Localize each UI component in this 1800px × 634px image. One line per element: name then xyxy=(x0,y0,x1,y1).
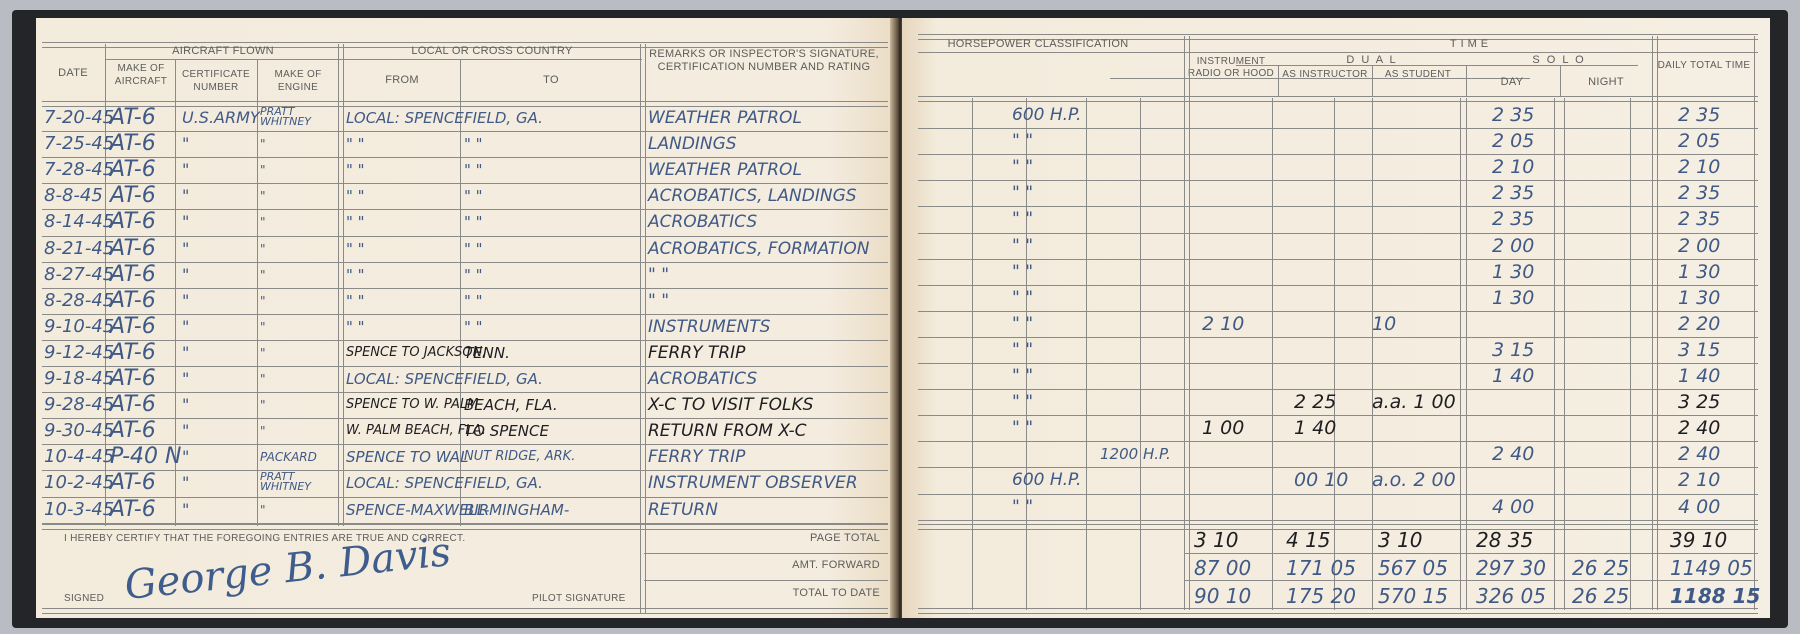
cell-from: LOCAL: SPENCE xyxy=(346,369,464,389)
header-bottom-rule xyxy=(918,96,1758,102)
page-total-label: PAGE TOTAL xyxy=(736,532,880,545)
cell-total: 2 10 xyxy=(1678,470,1720,490)
cell-total: 2 00 xyxy=(1678,236,1720,256)
cell-aircraft: AT-6 xyxy=(110,500,156,520)
header-sub-rule xyxy=(918,52,1758,53)
as-instructor-header: AS INSTRUCTOR xyxy=(1280,69,1370,81)
total-to-date-night: 26 25 xyxy=(1572,586,1629,606)
cell-day: 1 30 xyxy=(1492,262,1534,282)
cell-to: BIRMINGHAM- xyxy=(464,500,569,520)
footer-rule xyxy=(1184,553,1758,554)
col-rule xyxy=(1466,66,1467,96)
cell-day: 2 00 xyxy=(1492,236,1534,256)
cell-date: 8-28-45 xyxy=(44,291,114,311)
amt-forward-instr: 87 00 xyxy=(1194,558,1251,578)
cell-aircraft: P-40 N xyxy=(110,447,181,467)
amt-forward-dual-instr: 171 05 xyxy=(1286,558,1356,578)
cell-day: 2 35 xyxy=(1492,209,1534,229)
cell-dual-student: a.o. 2 00 xyxy=(1372,470,1456,490)
col-rule xyxy=(1140,98,1141,610)
row-rule xyxy=(42,131,888,132)
cell-from: " " xyxy=(346,186,365,206)
cell-total: 2 35 xyxy=(1678,105,1720,125)
cell-to: " " xyxy=(464,265,483,285)
row-rule xyxy=(918,285,1758,286)
col-rule xyxy=(1630,98,1631,610)
solo-header: S O L O xyxy=(1466,54,1652,67)
total-to-date-instr: 90 10 xyxy=(1194,586,1251,606)
cell-remarks: RETURN xyxy=(648,500,718,520)
cell-engine: " xyxy=(260,160,266,180)
cell-day: 1 30 xyxy=(1492,288,1534,308)
cell-to: BEACH, FLA. xyxy=(464,395,558,415)
to-header: TO xyxy=(462,74,640,87)
cell-remarks: " " xyxy=(648,291,669,311)
cell-date: 10-4-45 xyxy=(44,447,114,467)
cell-cert: " xyxy=(182,473,189,493)
cell-date: 7-20-45 xyxy=(44,108,114,128)
cell-total: 1 30 xyxy=(1678,262,1720,282)
row-rule xyxy=(42,183,888,184)
cell-remarks: INSTRUMENTS xyxy=(648,317,770,337)
from-header: FROM xyxy=(344,74,460,87)
cell-total: 1 30 xyxy=(1678,288,1720,308)
cell-total: 3 25 xyxy=(1678,392,1720,412)
cell-hp: " " xyxy=(1012,157,1033,177)
cell-total: 1 40 xyxy=(1678,366,1720,386)
cell-date: 9-10-45 xyxy=(44,317,114,337)
cell-date: 10-3-45 xyxy=(44,500,114,520)
row-rule xyxy=(42,314,888,315)
page-total-instr: 3 10 xyxy=(1194,530,1239,550)
cell-dual-instr: 2 25 xyxy=(1294,392,1336,412)
row-rule xyxy=(918,467,1758,468)
cell-cert: U.S.ARMY xyxy=(182,108,260,128)
cell-date: 8-21-45 xyxy=(44,239,114,259)
row-rule xyxy=(918,259,1758,260)
cell-cert: " xyxy=(182,447,189,467)
cell-to: " " xyxy=(464,212,483,232)
cell-engine: " xyxy=(260,239,266,259)
total-to-date-day: 326 05 xyxy=(1476,586,1546,606)
cell-remarks: INSTRUMENT OBSERVER xyxy=(648,473,858,493)
cell-remarks: WEATHER PATROL xyxy=(648,160,802,180)
cell-hp: " " xyxy=(1012,288,1033,308)
total-to-date-label: TOTAL TO DATE xyxy=(736,587,880,600)
cell-engine: " xyxy=(260,134,266,154)
cell-hp: " " xyxy=(1012,392,1033,412)
row-rule xyxy=(42,262,888,263)
col-rule xyxy=(1278,66,1279,96)
cell-to: FIELD, GA. xyxy=(464,108,543,128)
col-rule xyxy=(257,60,258,526)
footer-bottom-rule xyxy=(42,608,888,614)
cell-remarks: ACROBATICS, LANDINGS xyxy=(648,186,857,206)
cell-day: 2 10 xyxy=(1492,157,1534,177)
cell-to: TENN. xyxy=(464,343,510,363)
cell-date: 7-25-45 xyxy=(44,134,114,154)
make-of-aircraft-header: MAKE OF AIRCRAFT xyxy=(108,62,174,88)
night-header: NIGHT xyxy=(1560,76,1652,89)
cell-from: LOCAL: SPENCE xyxy=(346,473,464,493)
row-rule xyxy=(42,418,888,419)
row-rule xyxy=(918,494,1758,495)
cell-cert: " xyxy=(182,421,189,441)
cell-day: 4 00 xyxy=(1492,497,1534,517)
cell-date: 8-14-45 xyxy=(44,212,114,232)
cell-total: 2 35 xyxy=(1678,209,1720,229)
page-total-total: 39 10 xyxy=(1670,530,1727,550)
row-rule xyxy=(42,209,888,210)
cell-cert: " xyxy=(182,212,189,232)
cell-dual-student: a.a. 1 00 xyxy=(1372,392,1456,412)
cell-from: " " xyxy=(346,160,365,180)
cell-remarks: FERRY TRIP xyxy=(648,343,745,363)
col-rule xyxy=(1372,66,1373,96)
cell-to: " " xyxy=(464,317,483,337)
total-to-date-total: 1188 15 xyxy=(1670,586,1760,606)
row-rule xyxy=(918,389,1758,390)
cell-cert: " xyxy=(182,160,189,180)
cell-total: 2 40 xyxy=(1678,444,1720,464)
cell-from: LOCAL: SPENCE xyxy=(346,108,464,128)
cell-to: " " xyxy=(464,160,483,180)
col-rule xyxy=(1460,98,1461,610)
cell-from: " " xyxy=(346,134,365,154)
daily-total-header: DAILY TOTAL TIME xyxy=(1654,60,1754,72)
col-rule xyxy=(1272,98,1273,610)
row-rule xyxy=(42,392,888,393)
footer-top-rule xyxy=(42,524,888,530)
cell-engine: PRATT WHITNEY xyxy=(260,472,336,492)
cell-remarks: RETURN FROM X-C xyxy=(648,421,806,441)
cell-to: " " xyxy=(464,134,483,154)
cell-total: 4 00 xyxy=(1678,497,1720,517)
cell-total: 2 10 xyxy=(1678,157,1720,177)
cell-remarks: LANDINGS xyxy=(648,134,737,154)
cell-cert: " xyxy=(182,317,189,337)
col-rule xyxy=(1560,66,1561,96)
cell-cert: " xyxy=(182,239,189,259)
col-rule xyxy=(1554,98,1555,610)
row-rule xyxy=(42,340,888,341)
row-rule xyxy=(918,154,1758,155)
cell-hp: " " xyxy=(1012,131,1033,151)
cell-engine: PACKARD xyxy=(260,447,317,467)
cell-day: 3 15 xyxy=(1492,340,1534,360)
pilot-signature-label: PILOT SIGNATURE xyxy=(532,592,626,605)
horsepower-header: HORSEPOWER CLASSIFICATION xyxy=(918,38,1158,51)
cell-engine: " xyxy=(260,421,266,441)
cell-day: 2 05 xyxy=(1492,131,1534,151)
cell-to: NUT RIDGE, ARK. xyxy=(464,447,575,467)
day-header: DAY xyxy=(1466,76,1558,89)
cell-date: 8-27-45 xyxy=(44,265,114,285)
certificate-number-header: CERTIFICATE NUMBER xyxy=(176,68,256,94)
cell-aircraft: AT-6 xyxy=(110,343,156,363)
cell-date: 7-28-45 xyxy=(44,160,114,180)
cell-from: " " xyxy=(346,317,365,337)
cell-remarks: ACROBATICS, FORMATION xyxy=(648,239,869,259)
remarks-header: REMARKS OR INSPECTOR'S SIGNATURE, CERTIF… xyxy=(648,48,880,74)
cell-day: 2 35 xyxy=(1492,183,1534,203)
cell-from: " " xyxy=(346,291,365,311)
cell-instr: 1 00 xyxy=(1202,418,1244,438)
cell-aircraft: AT-6 xyxy=(110,291,156,311)
cell-total: 2 35 xyxy=(1678,183,1720,203)
col-rule xyxy=(1564,98,1565,610)
left-page: AIRCRAFT FLOWN LOCAL OR CROSS COUNTRY DA… xyxy=(36,18,896,618)
cell-engine: " xyxy=(260,317,266,337)
cell-aircraft: AT-6 xyxy=(110,395,156,415)
cell-total: 2 05 xyxy=(1678,131,1720,151)
amt-forward-night: 26 25 xyxy=(1572,558,1629,578)
cell-to: FIELD, GA. xyxy=(464,473,543,493)
cell-to: " " xyxy=(464,239,483,259)
date-header: DATE xyxy=(42,67,104,80)
footer-rule xyxy=(1184,580,1758,581)
cell-aircraft: AT-6 xyxy=(110,317,156,337)
as-student-header: AS STUDENT xyxy=(1372,69,1464,81)
cell-remarks: FERRY TRIP xyxy=(648,447,745,467)
cell-instr: 2 10 xyxy=(1202,314,1244,334)
col-rule xyxy=(338,44,344,526)
row-rule xyxy=(42,366,888,367)
cell-total: 3 15 xyxy=(1678,340,1720,360)
cell-engine: " xyxy=(260,343,266,363)
cell-from: " " xyxy=(346,239,365,259)
right-page: HORSEPOWER CLASSIFICATION TIME INSTRUMEN… xyxy=(902,18,1770,618)
row-rule xyxy=(918,206,1758,207)
cell-cert: " xyxy=(182,500,189,520)
time-header: TIME xyxy=(1184,38,1758,51)
cell-hp: " " xyxy=(1012,418,1033,438)
cell-from: " " xyxy=(346,265,365,285)
row-rule xyxy=(918,415,1758,416)
col-rule xyxy=(1466,98,1467,610)
cell-cert: " xyxy=(182,395,189,415)
cell-aircraft: AT-6 xyxy=(110,108,156,128)
make-of-engine-header: MAKE OF ENGINE xyxy=(258,68,338,94)
row-rule xyxy=(918,128,1758,129)
row-rule xyxy=(42,470,888,471)
cell-dual-student: 10 xyxy=(1372,314,1396,334)
amt-forward-dual-student: 567 05 xyxy=(1378,558,1448,578)
cell-hp: " " xyxy=(1012,366,1033,386)
cell-cert: " xyxy=(182,291,189,311)
cell-day: 2 35 xyxy=(1492,105,1534,125)
col-rule xyxy=(1372,98,1373,610)
cell-aircraft: AT-6 xyxy=(110,473,156,493)
cell-dual-instr: 00 10 xyxy=(1294,470,1348,490)
cell-engine: " xyxy=(260,265,266,285)
cell-engine: " xyxy=(260,291,266,311)
cell-aircraft: AT-6 xyxy=(110,239,156,259)
row-rule xyxy=(918,233,1758,234)
cell-from: " " xyxy=(346,212,365,232)
cell-aircraft: AT-6 xyxy=(110,160,156,180)
cell-hp: " " xyxy=(1012,497,1033,517)
cell-engine: " xyxy=(260,395,266,415)
cell-day: 1 40 xyxy=(1492,366,1534,386)
page-total-day: 28 35 xyxy=(1476,530,1533,550)
amt-forward-label: AMT. FORWARD xyxy=(736,559,880,572)
row-rule xyxy=(918,337,1758,338)
cell-hp: " " xyxy=(1012,209,1033,229)
cell-aircraft: AT-6 xyxy=(110,265,156,285)
cell-to: " " xyxy=(464,291,483,311)
cell-engine: " xyxy=(260,500,266,520)
row-rule xyxy=(918,363,1758,364)
footer-top-rule xyxy=(918,524,1758,530)
cell-hp: " " xyxy=(1012,262,1033,282)
total-to-date-dual-instr: 175 20 xyxy=(1286,586,1356,606)
cell-cert: " xyxy=(182,369,189,389)
cell-remarks: X-C TO VISIT FOLKS xyxy=(648,395,813,415)
header-sub-rule xyxy=(106,59,642,60)
cell-date: 8-8-45 xyxy=(44,186,103,206)
signed-label: SIGNED xyxy=(64,592,104,605)
cell-date: 9-12-45 xyxy=(44,343,114,363)
cell-from: SPENCE TO W. PALM xyxy=(346,395,478,415)
cell-remarks: WEATHER PATROL xyxy=(648,108,802,128)
cell-hp: " " xyxy=(1012,183,1033,203)
total-to-date-dual-student: 570 15 xyxy=(1378,586,1448,606)
cell-to: FIELD, GA. xyxy=(464,369,543,389)
cell-to: TO SPENCE xyxy=(464,421,549,441)
cell-remarks: ACROBATICS xyxy=(648,212,757,232)
cell-aircraft: AT-6 xyxy=(110,421,156,441)
instrument-header: INSTRUMENT RADIO OR HOOD xyxy=(1184,56,1278,80)
cell-remarks: " " xyxy=(648,265,669,285)
cell-aircraft: AT-6 xyxy=(110,369,156,389)
cell-date: 9-18-45 xyxy=(44,369,114,389)
cell-engine: " xyxy=(260,369,266,389)
row-rule xyxy=(42,236,888,237)
col-rule xyxy=(1086,98,1087,610)
cell-cert: " xyxy=(182,343,189,363)
cell-aircraft: AT-6 xyxy=(110,186,156,206)
page-total-dual-instr: 4 15 xyxy=(1286,530,1331,550)
cell-hp: 600 H.P. xyxy=(1012,105,1081,125)
row-rule xyxy=(918,520,1758,521)
cell-hp: 600 H.P. xyxy=(1012,470,1081,490)
cell-to: " " xyxy=(464,186,483,206)
cell-hp: " " xyxy=(1012,236,1033,256)
local-cross-country-header: LOCAL OR CROSS COUNTRY xyxy=(344,45,640,58)
cell-hp: " " xyxy=(1012,314,1033,334)
cell-remarks: ACROBATICS xyxy=(648,369,757,389)
row-rule xyxy=(42,288,888,289)
row-rule xyxy=(918,311,1758,312)
cell-date: 10-2-45 xyxy=(44,473,114,493)
amt-forward-day: 297 30 xyxy=(1476,558,1546,578)
row-rule xyxy=(918,441,1758,442)
cell-cert: " xyxy=(182,265,189,285)
footer-rule xyxy=(644,580,888,581)
cell-dual-instr: 1 40 xyxy=(1294,418,1336,438)
cell-cert: " xyxy=(182,134,189,154)
cell-engine: " xyxy=(260,212,266,232)
page-total-dual-student: 3 10 xyxy=(1378,530,1423,550)
cell-total: 2 20 xyxy=(1678,314,1720,334)
cell-date: 9-28-45 xyxy=(44,395,114,415)
cell-aircraft: AT-6 xyxy=(110,212,156,232)
amt-forward-total: 1149 05 xyxy=(1670,558,1753,578)
cell-date: 9-30-45 xyxy=(44,421,114,441)
row-rule xyxy=(42,157,888,158)
cell-from: SPENCE TO WAL xyxy=(346,447,468,467)
cell-hp2: 1200 H.P. xyxy=(1100,444,1171,464)
cell-cert: " xyxy=(182,186,189,206)
cell-total: 2 40 xyxy=(1678,418,1720,438)
col-rule xyxy=(1334,98,1335,610)
footer-rule xyxy=(644,553,888,554)
row-rule xyxy=(918,180,1758,181)
cell-engine: " xyxy=(260,186,266,206)
cell-hp: " " xyxy=(1012,340,1033,360)
footer-bottom-rule xyxy=(918,608,1758,614)
aircraft-flown-header: AIRCRAFT FLOWN xyxy=(106,45,340,58)
header-bottom-rule xyxy=(42,101,888,107)
cell-engine: PRATT WHITNEY xyxy=(260,107,336,127)
row-rule xyxy=(42,497,888,498)
cell-day: 2 40 xyxy=(1492,444,1534,464)
col-rule xyxy=(972,98,973,610)
cell-aircraft: AT-6 xyxy=(110,134,156,154)
